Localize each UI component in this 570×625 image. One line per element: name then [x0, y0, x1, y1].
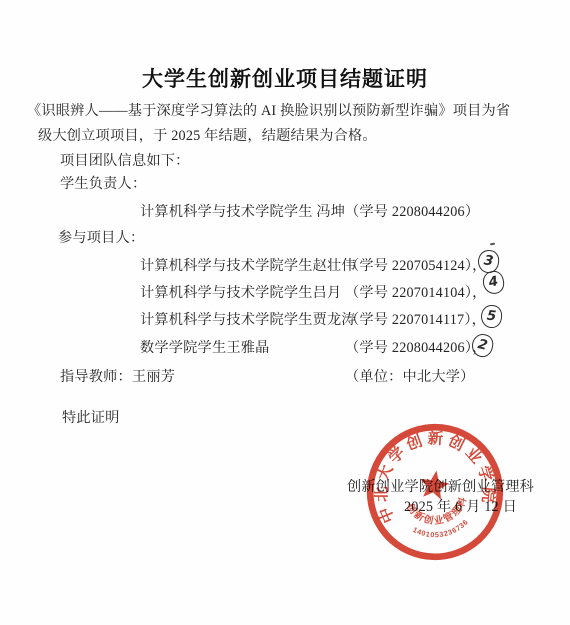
stray-pen-mark [490, 243, 495, 246]
team-info-heading: 项目团队信息如下： [60, 153, 190, 170]
seal-ring-text: 中北大学创新创业学院 [363, 419, 503, 527]
participant-row: 计算机科学与技术学院学生吕月（学号 2207014104）， 4 [140, 282, 487, 302]
participant-name: 计算机科学与技术学院学生贾龙涛 [140, 309, 345, 329]
seal-star-icon [418, 468, 451, 500]
participant-student-id: （学号 2208044206）， [345, 340, 487, 356]
closing-statement: 特此证明 [62, 410, 120, 427]
participant-row: 计算机科学与技术学院学生赵壮伟（学号 2207054124）， 3 [140, 255, 487, 275]
intro-paragraph-line2: 级大创立项项目，于 2025 年结题，结题结果为合格。 [38, 128, 558, 145]
advisor-row: 指导教师：王丽芳（单位：中北大学） [60, 366, 475, 386]
participant-name: 计算机科学与技术学院学生吕月 [140, 282, 345, 302]
leader-row: 计算机科学与技术学院学生 冯坤（学号 2208044206） [140, 201, 479, 221]
official-red-seal: 中北大学创新创业学院 创新创业管理科 1401053236736 [353, 410, 518, 575]
participant-student-id: （学号 2207014117）， [345, 312, 486, 328]
leader-student-id: （学号 2208044206） [345, 204, 479, 220]
participant-name: 计算机科学与技术学院学生赵壮伟 [140, 255, 345, 275]
document-title: 大学生创新创业项目结题证明 [0, 63, 570, 93]
leader-heading: 学生负责人： [60, 176, 146, 193]
participant-student-id: （学号 2207054124）， [345, 258, 487, 274]
certificate-document: 大学生创新创业项目结题证明 《识眼辨人——基于深度学习算法的 AI 换脸识别以预… [0, 0, 570, 625]
participants-heading: 参与项目人： [58, 230, 144, 247]
participant-row: 数学学院学生王雅晶（学号 2208044206）， 2 [140, 337, 487, 357]
leader-name: 计算机科学与技术学院学生 冯坤 [140, 201, 345, 221]
advisor-name: 指导教师：王丽芳 [60, 366, 345, 386]
advisor-unit: （单位：中北大学） [345, 369, 475, 385]
participant-student-id: （学号 2207014104）， [345, 285, 487, 301]
intro-paragraph-line1: 《识眼辨人——基于深度学习算法的 AI 换脸识别以预防新型诈骗》项目为省 [27, 103, 557, 120]
participant-name: 数学学院学生王雅晶 [140, 337, 345, 357]
participant-row: 计算机科学与技术学院学生贾龙涛（学号 2207014117）， 5 [140, 309, 486, 329]
